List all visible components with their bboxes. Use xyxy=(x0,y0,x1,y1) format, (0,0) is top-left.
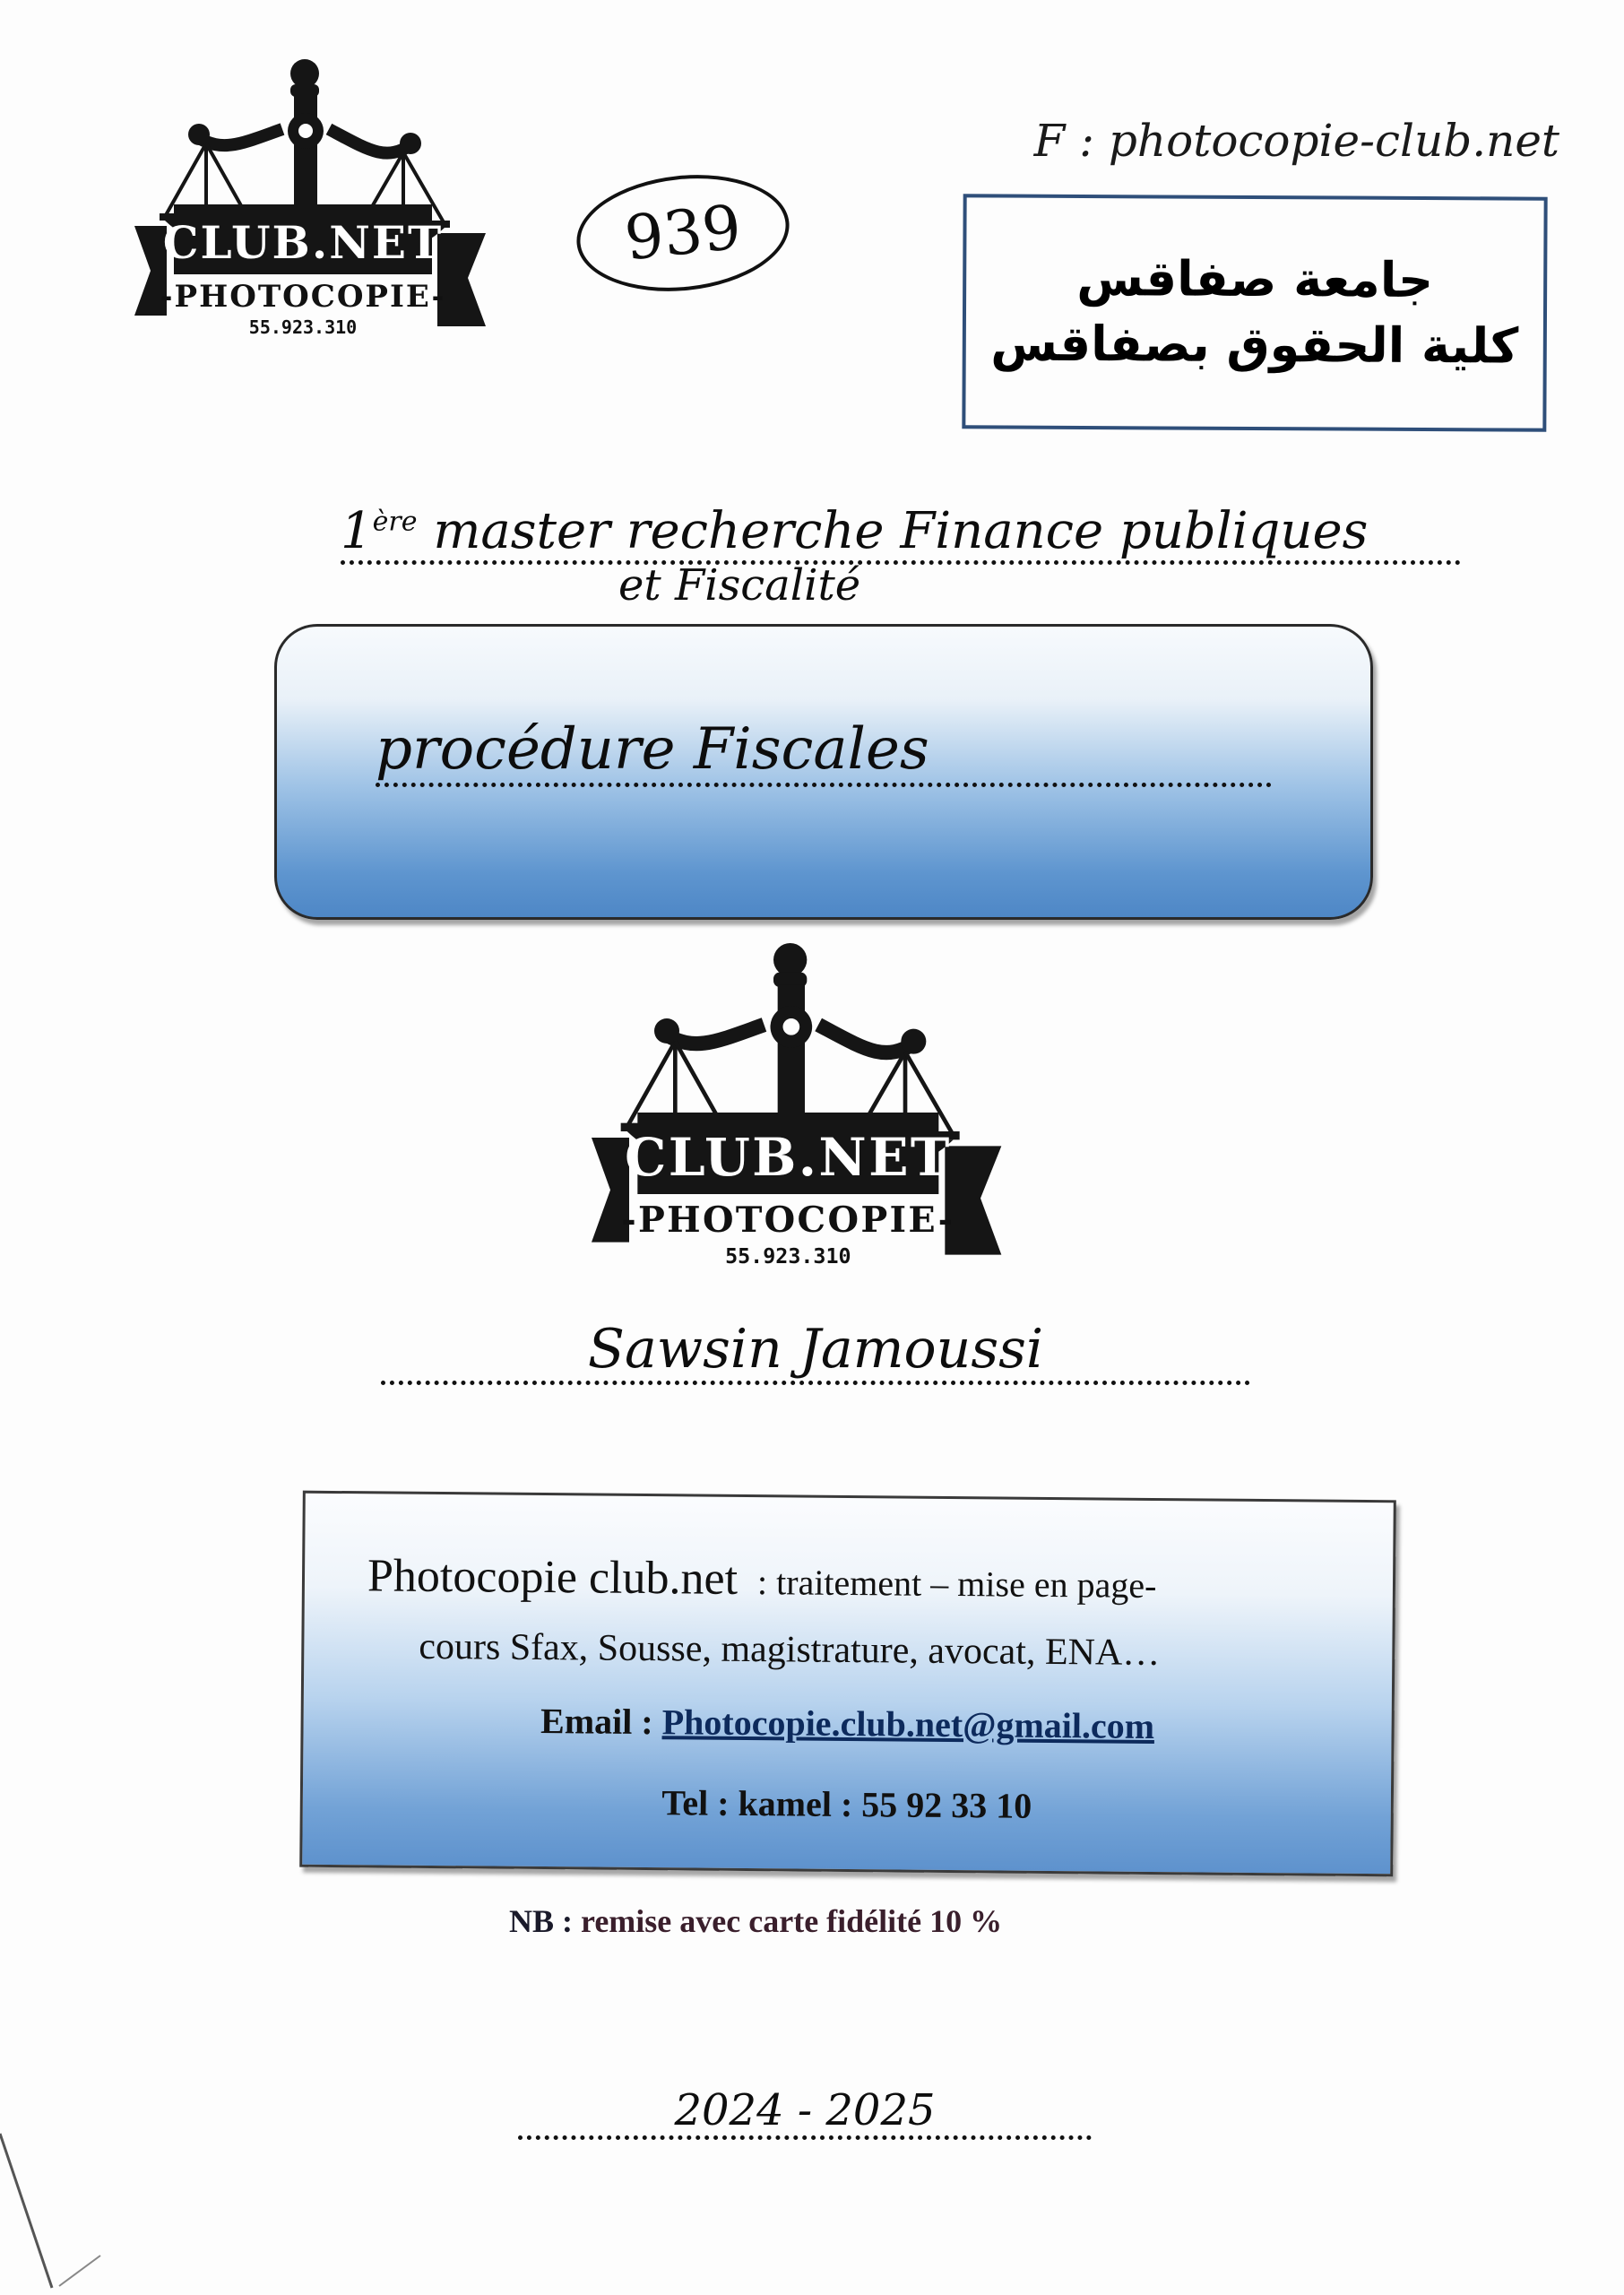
svg-text:CLUB.NET: CLUB.NET xyxy=(163,216,444,269)
svg-text:-PHOTOCOPIE-: -PHOTOCOPIE- xyxy=(621,1199,955,1241)
university-box: جامعة صفاقس كلية الحقوق بصفاقس xyxy=(962,194,1547,431)
level-program: master recherche Finance publiques xyxy=(433,502,1368,560)
faculty-name: كلية الحقوق بصفاقس xyxy=(990,311,1518,379)
academic-year: 2024 - 2025 xyxy=(674,2085,935,2135)
scales-of-justice-icon: CLUB.NET -PHOTOCOPIE- 55.923.310 xyxy=(587,937,1035,1313)
contact-courses: cours Sfax, Sousse, magistrature, avocat… xyxy=(419,1625,1160,1675)
level-program-continued: et Fiscalité xyxy=(618,560,860,611)
university-name: جامعة صفاقس xyxy=(1076,247,1433,314)
contact-services: : traitement – mise en page- xyxy=(757,1562,1157,1606)
subject-title: procédure Fiscales xyxy=(376,716,1272,787)
email-link[interactable]: Photocopie.club.net@gmail.com xyxy=(662,1702,1155,1746)
svg-text:CLUB.NET: CLUB.NET xyxy=(625,1126,952,1188)
discount-note: NB : remise avec carte fidélité 10 % xyxy=(509,1902,1136,1940)
academic-year-field: 2024 - 2025 xyxy=(518,2085,1092,2140)
scales-of-justice-icon: CLUB.NET -PHOTOCOPIE- 55.923.310 xyxy=(134,54,511,377)
contact-box: Photocopie club.net: traitement – mise e… xyxy=(299,1491,1396,1877)
student-name-field: Sawsin Jamoussi xyxy=(381,1318,1250,1385)
contact-brand-line: Photocopie club.net: traitement – mise e… xyxy=(367,1549,1157,1609)
note-text: remise avec carte fidélité 10 % xyxy=(581,1903,1002,1939)
level-ordinal-suffix: ère xyxy=(373,506,418,537)
circled-reference-number: 939 xyxy=(571,165,795,301)
scan-page-edge xyxy=(0,2098,108,2295)
svg-text:55.923.310: 55.923.310 xyxy=(249,316,357,338)
club-net-logo-top: CLUB.NET -PHOTOCOPIE- 55.923.310 xyxy=(134,54,511,377)
level-ordinal: 1 xyxy=(341,502,373,560)
contact-phone: Tel : kamel : 55 92 33 10 xyxy=(303,1779,1391,1831)
club-net-logo-center: CLUB.NET -PHOTOCOPIE- 55.923.310 xyxy=(587,937,1035,1313)
svg-text:-PHOTOCOPIE-: -PHOTOCOPIE- xyxy=(160,279,445,315)
contact-email-line: Email : Photocopie.club.net@gmail.com xyxy=(303,1698,1391,1750)
student-name: Sawsin Jamoussi xyxy=(588,1318,1043,1381)
facebook-page-line: F : photocopie-club.net xyxy=(1022,115,1559,167)
svg-text:55.923.310: 55.923.310 xyxy=(725,1243,851,1269)
reference-number: 939 xyxy=(621,192,744,274)
subject-box: procédure Fiscales xyxy=(274,624,1373,920)
contact-brand: Photocopie club.net xyxy=(367,1550,739,1605)
email-label: Email : xyxy=(540,1701,653,1742)
level-field: 1ère master recherche Finance publiques xyxy=(341,502,1461,565)
note-label: NB : xyxy=(509,1903,573,1939)
